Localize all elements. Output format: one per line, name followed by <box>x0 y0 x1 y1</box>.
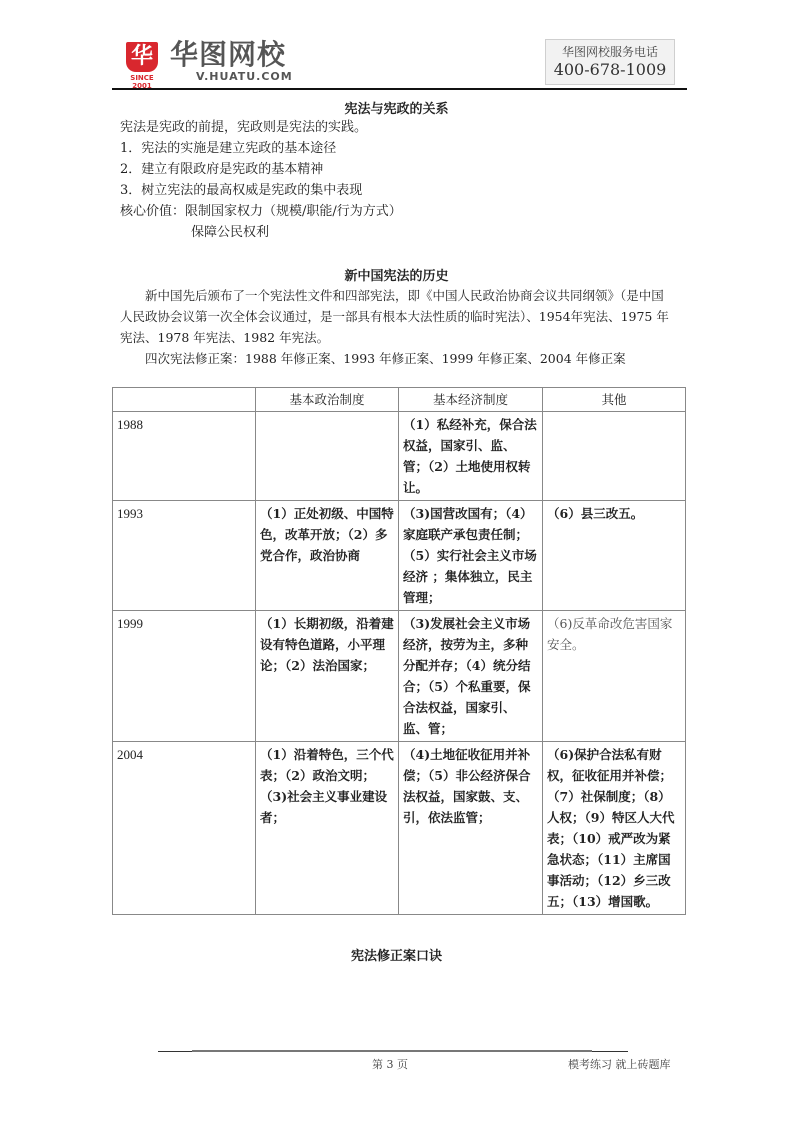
year-cell: 1999 <box>113 611 256 742</box>
text-line: 1．宪法的实施是建立宪政的基本途径 <box>120 138 336 159</box>
table-header-cell: 基本经济制度 <box>399 388 543 412</box>
section-title-history: 新中国宪法的历史 <box>0 265 793 284</box>
table-header-row: 基本政治制度 基本经济制度 其他 <box>113 388 686 412</box>
service-phone-box: 华图网校服务电话 400-678-1009 <box>545 39 675 85</box>
amendments-table: 基本政治制度 基本经济制度 其他 1988 （1）私经补充，保合法权益，国家引、… <box>112 387 686 915</box>
table-header-cell: 其他 <box>543 388 686 412</box>
text-line: 3．树立宪法的最高权威是宪政的集中表现 <box>120 180 362 201</box>
brand-url: V.HUATU.COM <box>196 70 293 83</box>
economic-cell: （3)国营改国有；（4）家庭联产承包责任制；（5）实行社会主义市场经济 ；集体独… <box>399 501 543 611</box>
table-row: 1993 （1）正处初级、中国特色，改革开放；（2）多党合作，政治协商 （3)国… <box>113 501 686 611</box>
footer-slogan: 模考练习 就上砖题库 <box>568 1056 671 1072</box>
year-cell: 1993 <box>113 501 256 611</box>
other-cell: （6）县三改五。 <box>543 501 686 611</box>
year-cell: 1988 <box>113 412 256 501</box>
political-cell: （1）沿着特色，三个代表；（2）政治文明；（3)社会主义事业建设者； <box>256 742 399 915</box>
table-row: 1999 （1）长期初级，沿着建设有特色道路，小平理论；（2）法治国家； （3)… <box>113 611 686 742</box>
economic-cell: （4)土地征收征用并补偿；（5）非公经济保合法权益，国家鼓、支、引，依法监管； <box>399 742 543 915</box>
text-line: 保障公民权利 <box>191 222 269 243</box>
huatu-logo-icon: 华 <box>126 42 158 72</box>
political-cell: （1）长期初级，沿着建设有特色道路，小平理论；（2）法治国家； <box>256 611 399 742</box>
history-paragraph: 新中国先后颁布了一个宪法性文件和四部宪法，即《中国人民政治协商会议共同纲领》（是… <box>120 285 670 348</box>
footer-divider-shade <box>192 1050 592 1052</box>
other-cell: （6)反革命改危害国家安全。 <box>543 611 686 742</box>
political-cell: （1）正处初级、中国特色，改革开放；（2）多党合作，政治协商 <box>256 501 399 611</box>
table-header-cell: 基本政治制度 <box>256 388 399 412</box>
amendments-paragraph: 四次宪法修正案：1988 年修正案、1993 年修正案、1999 年修正案、20… <box>120 348 670 369</box>
phone-number: 400-678-1009 <box>546 60 674 80</box>
section-title-mnemonic: 宪法修正案口诀 <box>0 945 793 964</box>
economic-cell: （3)发展社会主义市场经济，按劳为主，多种分配并存；（4）统分结合；（5）个私重… <box>399 611 543 742</box>
text-line: 宪法是宪政的前提，宪政则是宪法的实践。 <box>120 117 367 138</box>
brand-name: 华图网校 <box>170 40 286 70</box>
economic-cell: （1）私经补充，保合法权益，国家引、监、管；（2）土地使用权转让。 <box>399 412 543 501</box>
table-row: 1988 （1）私经补充，保合法权益，国家引、监、管；（2）土地使用权转让。 <box>113 412 686 501</box>
political-cell <box>256 412 399 501</box>
table-row: 2004 （1）沿着特色，三个代表；（2）政治文明；（3)社会主义事业建设者； … <box>113 742 686 915</box>
other-cell <box>543 412 686 501</box>
year-cell: 2004 <box>113 742 256 915</box>
header-divider <box>112 88 687 90</box>
other-cell: （6)保护合法私有财权，征收征用并补偿；（7）社保制度；（8）人权；（9）特区人… <box>543 742 686 915</box>
phone-label: 华图网校服务电话 <box>546 44 674 60</box>
table-header-cell <box>113 388 256 412</box>
text-line: 2．建立有限政府是宪政的基本精神 <box>120 159 323 180</box>
text-line: 核心价值：限制国家权力（规模/职能/行为方式） <box>120 201 402 222</box>
page-number: 第 3 页 <box>372 1056 408 1072</box>
section-title-constitution-relation: 宪法与宪政的关系 <box>0 98 793 117</box>
